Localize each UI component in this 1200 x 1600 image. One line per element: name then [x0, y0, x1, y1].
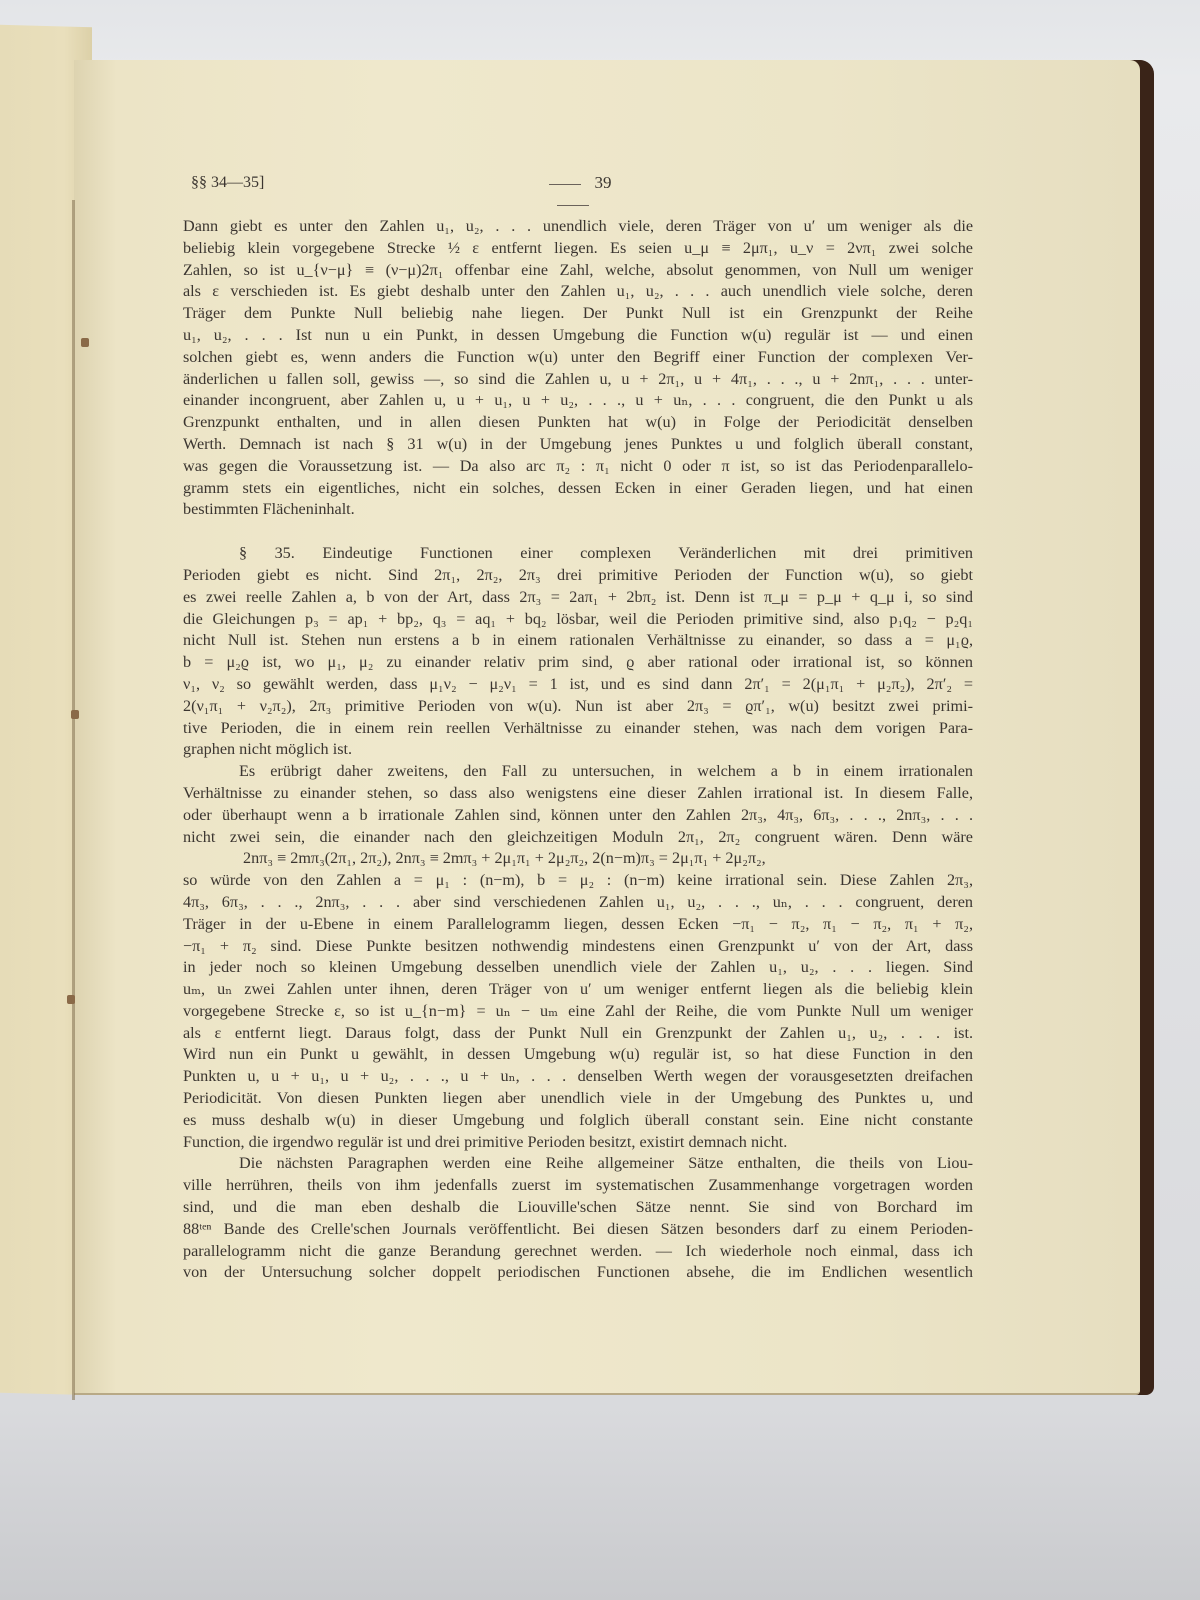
page-gutter [72, 200, 75, 1400]
binding-mark [81, 338, 89, 347]
text-line: von der Untersuchung solcher doppelt per… [183, 1262, 973, 1284]
text-line: Träger in der u-Ebene in einem Parallelo… [183, 914, 973, 936]
text-line: 88ᵗᵉⁿ Bande des Crelle'schen Journals ve… [183, 1219, 973, 1241]
text-line: als ε verschieden ist. Es giebt deshalb … [183, 281, 973, 303]
text-line: es muss deshalb w(u) in dieser Umgebung … [183, 1110, 973, 1132]
text-line: Grenzpunkt enthalten, und in allen diese… [183, 412, 973, 434]
text-line: Die nächsten Paragraphen werden eine Rei… [183, 1153, 973, 1175]
text-line: ν₁, ν₂ so gewählt werden, dass μ₁ν₂ − μ₂… [183, 674, 973, 696]
text-line: Zahlen, so ist u_{ν−μ} ≡ (ν−μ)2π₁ offenb… [183, 260, 973, 282]
text-line: es zwei reelle Zahlen a, b von der Art, … [183, 587, 973, 609]
paragraph-second-case: Es erübrigt daher zweitens, den Fall zu … [183, 761, 973, 1153]
text-line: Träger dem Punkte Null beliebig nahe lie… [183, 303, 973, 325]
text-line: Punkten u, u + u₁, u + u₂, . . ., u + uₙ… [183, 1066, 973, 1088]
text-line: −π₁ + π₂ sind. Diese Punkte besitzen not… [183, 936, 973, 958]
text-line: beliebig klein vorgegebene Strecke ½ ε e… [183, 238, 973, 260]
text-line: u₁, u₂, . . . Ist nun u ein Punkt, in de… [183, 325, 973, 347]
text-line: b = μ₂ϱ ist, wo μ₁, μ₂ zu einander relat… [183, 652, 973, 674]
text-line: 4π₃, 6π₃, . . ., 2nπ₃, . . . aber sind v… [183, 892, 973, 914]
section-heading-line: § 35. Eindeutige Functionen einer comple… [183, 543, 973, 565]
equation-line: 2nπ₃ ≡ 2mπ₃(2π₁, 2π₂), 2nπ₃ ≡ 2mπ₃ + 2μ₁… [183, 848, 973, 870]
text-line: in jeder noch so kleinen Umgebung dessel… [183, 957, 973, 979]
text-line: vorgegebene Strecke ε, so ist u_{n−m} = … [183, 1001, 973, 1023]
text-line: Dann giebt es unter den Zahlen u₁, u₂, .… [183, 216, 973, 238]
text-line: einander incongruent, aber Zahlen u, u +… [183, 390, 973, 412]
text-line: als ε entfernt liegt. Daraus folgt, dass… [183, 1023, 973, 1045]
page-number: 39 [513, 172, 633, 216]
text-line: bestimmten Flächeninhalt. [183, 499, 973, 521]
text-line: 2(ν₁π₁ + ν₂π₂), 2π₃ primitive Perioden v… [183, 696, 973, 718]
text-line: änderlichen u fallen soll, gewiss —, so … [183, 369, 973, 391]
text-line: nicht zwei sein, die einander nach den g… [183, 827, 973, 849]
text-line: Periodicität. Von diesen Punkten liegen … [183, 1088, 973, 1110]
text-line: was gegen die Voraussetzung ist. — Da al… [183, 456, 973, 478]
text-line: Es erübrigt daher zweitens, den Fall zu … [183, 761, 973, 783]
text-line: sind, und die man eben deshalb die Liouv… [183, 1197, 973, 1219]
text-line: Function, die irgendwo regulär ist und d… [183, 1132, 973, 1154]
binding-mark [67, 995, 75, 1004]
running-head: §§ 34—35] 39 [183, 172, 973, 198]
section-35: § 35. Eindeutige Functionen einer comple… [183, 543, 973, 761]
text-line: solchen giebt es, wenn anders die Functi… [183, 347, 973, 369]
text-line: die Gleichungen p₃ = ap₁ + bp₂, q₃ = aq₁… [183, 609, 973, 631]
text-line: gramm stets ein eigentliches, nicht ein … [183, 478, 973, 500]
text-line: so würde von den Zahlen a = μ₁ : (n−m), … [183, 870, 973, 892]
section-range: §§ 34—35] [191, 172, 264, 194]
text-line: Werth. Demnach ist nach § 31 w(u) in der… [183, 434, 973, 456]
text-line: Perioden giebt es nicht. Sind 2π₁, 2π₂, … [183, 565, 973, 587]
text-line: parallelogramm nicht die ganze Berandung… [183, 1241, 973, 1263]
text-line: nicht Null ist. Stehen nun erstens a b i… [183, 630, 973, 652]
text-line: uₘ, uₙ zwei Zahlen unter ihnen, deren Tr… [183, 979, 973, 1001]
text-line: tive Perioden, die in einem rein reellen… [183, 718, 973, 740]
paragraph-liouville: Die nächsten Paragraphen werden eine Rei… [183, 1153, 973, 1284]
binding-mark [71, 710, 79, 719]
text-line: Wird nun ein Punkt u gewählt, in dessen … [183, 1044, 973, 1066]
text-line: Verhältnisse zu einander stehen, so dass… [183, 783, 973, 805]
page-content: §§ 34—35] 39 Dann giebt es unter den Zah… [183, 172, 973, 1284]
text-line: ville herrühren, theils von ihm jedenfal… [183, 1175, 973, 1197]
text-line: oder überhaupt wenn a b irrationale Zahl… [183, 805, 973, 827]
text-line: graphen nicht möglich ist. [183, 739, 973, 761]
paragraph-34-end: Dann giebt es unter den Zahlen u₁, u₂, .… [183, 216, 973, 521]
